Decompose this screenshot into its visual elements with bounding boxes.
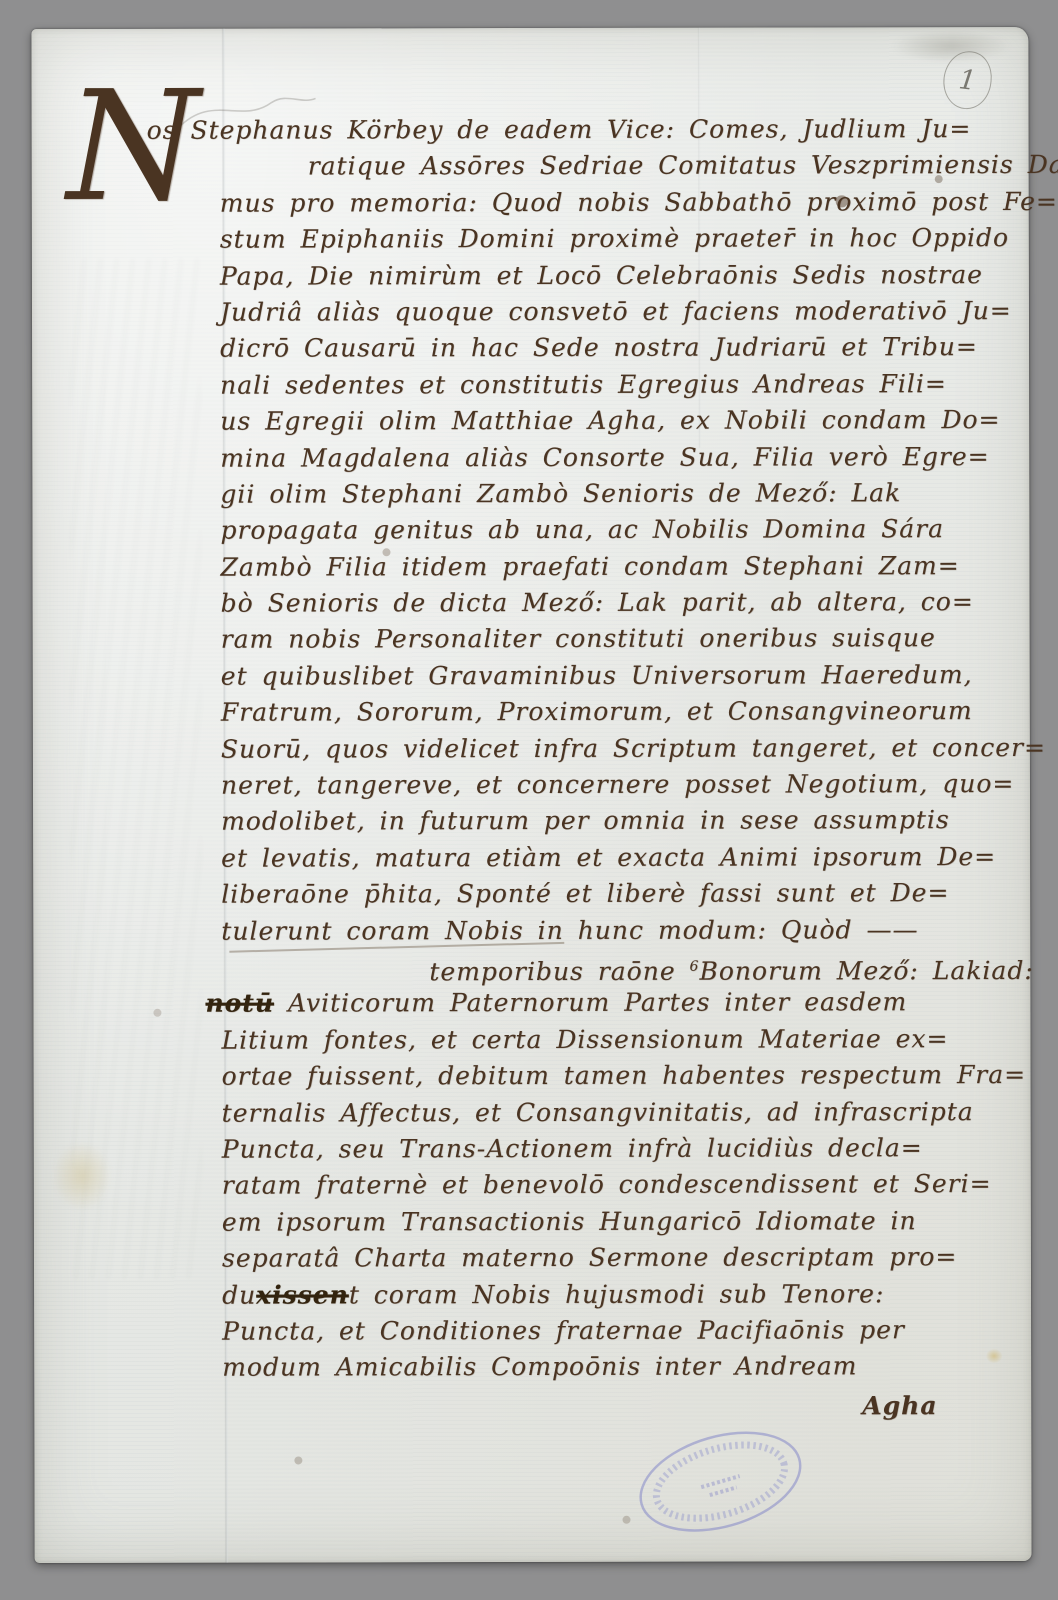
manuscript-line: neret, tangereve, et concernere posset N… — [221, 766, 1033, 804]
line-text: Aviticorum Paternorum Partes inter easde… — [274, 988, 907, 1018]
manuscript-line: notū Aviticorum Paternorum Partes inter … — [205, 984, 1033, 1022]
manuscript-line: dicrō Causarū in hac Sede nostra Judriar… — [220, 329, 1032, 367]
manuscript-line: Zambò Filia itidem praefati condam Steph… — [220, 548, 1032, 586]
manuscript-line: us Egregii olim Matthiae Agha, ex Nobili… — [220, 402, 1032, 440]
superscript-mark: 6 — [690, 959, 700, 975]
manuscript-line: separatâ Charta materno Sermone descript… — [222, 1239, 1034, 1277]
manuscript-line: ternalis Affectus, et Consangvinitatis, … — [222, 1093, 1034, 1131]
manuscript-text-block: Nos Stephanus Körbey de eadem Vice: Come… — [220, 111, 1035, 1425]
manuscript-line: modum Amicabilis Compoōnis inter Andream — [222, 1348, 1034, 1386]
scanned-document-view: 1 Nos Stephanus Körbey de eadem Vice: Co… — [0, 0, 1058, 1600]
drop-cap-initial: N — [66, 71, 200, 223]
manuscript-line: temporibus raōne 6Bonorum Mező: Lakiad: — [429, 948, 1033, 986]
manuscript-line: Litium fontes, et certa Dissensionum Mat… — [221, 1021, 1033, 1059]
manuscript-line: Puncta, seu Trans-Actionem infrà lucidiù… — [222, 1130, 1034, 1168]
manuscript-line: gii olim Stephani Zambò Senioris de Mező… — [220, 475, 1032, 513]
line-text: os Stephanus Körbey de eadem Vice: Comes… — [147, 114, 972, 145]
manuscript-line: et levatis, matura etiàm et exacta Animi… — [221, 839, 1033, 877]
archive-ink-stamp — [621, 1407, 819, 1556]
manuscript-line: nali sedentes et constitutis Egregius An… — [220, 366, 1032, 404]
manuscript-line: duxissent coram Nobis hujusmodi sub Teno… — [222, 1275, 1034, 1313]
paper-stain — [52, 1141, 112, 1211]
manuscript-line: ratique Assōres Sedriae Comitatus Veszpr… — [308, 147, 1032, 185]
manuscript-line: Papa, Die nimirùm et Locō Celebraōnis Se… — [220, 257, 1032, 295]
manuscript-line: modolibet, in futurum per omnia in sese … — [221, 802, 1033, 840]
catchword: Agha — [862, 1388, 1034, 1424]
manuscript-line: Fratrum, Sororum, Proximorum, et Consang… — [221, 693, 1033, 731]
manuscript-line: tulerunt coram Nobis in hunc modum: Quòd… — [221, 912, 1033, 950]
ink-bleedthrough — [70, 259, 202, 1279]
page-number: 1 — [957, 64, 978, 97]
line-text: du — [222, 1280, 256, 1309]
document-page: 1 Nos Stephanus Körbey de eadem Vice: Co… — [31, 27, 1031, 1563]
manuscript-line: em ipsorum Transactionis Hungaricō Idiom… — [222, 1203, 1034, 1241]
manuscript-line: mus pro memoria: Quod nobis Sabbathō pro… — [220, 184, 1032, 222]
manuscript-line: propagata genitus ab una, ac Nobilis Dom… — [220, 511, 1032, 549]
line-text: t coram Nobis hujusmodi sub Tenore: — [349, 1279, 885, 1309]
manuscript-line: mina Magdalena aliàs Consorte Sua, Filia… — [220, 438, 1032, 476]
manuscript-line: bò Senioris de dicta Mező: Lak parit, ab… — [221, 584, 1033, 622]
ink-specks — [31, 29, 35, 33]
manuscript-line: Nos Stephanus Körbey de eadem Vice: Come… — [147, 111, 1032, 149]
manuscript-line: et quibuslibet Gravaminibus Universorum … — [221, 657, 1033, 695]
manuscript-line: ortae fuissent, debitum tamen habentes r… — [222, 1057, 1034, 1095]
manuscript-line: Judriâ aliàs quoque consvetō et faciens … — [220, 293, 1032, 331]
line-text: Bonorum Mező: Lakiad: — [699, 956, 1033, 986]
line-text: temporibus raōne — [429, 957, 689, 987]
manuscript-line: ram nobis Personaliter constituti onerib… — [221, 620, 1033, 658]
manuscript-line: Suorū, quos videlicet infra Scriptum tan… — [221, 730, 1033, 768]
manuscript-line: Puncta, et Conditiones fraternae Pacifia… — [222, 1312, 1034, 1350]
manuscript-line: ratam fraternè et benevolō condescendiss… — [222, 1166, 1034, 1204]
manuscript-line: liberaōne p̄hita, Sponté et liberè fassi… — [221, 875, 1033, 913]
struck-word: xissen — [256, 1280, 349, 1309]
manuscript-line: stum Epiphaniis Domini proximè praeter̄ … — [220, 220, 1032, 258]
struck-word: notū — [205, 989, 274, 1018]
